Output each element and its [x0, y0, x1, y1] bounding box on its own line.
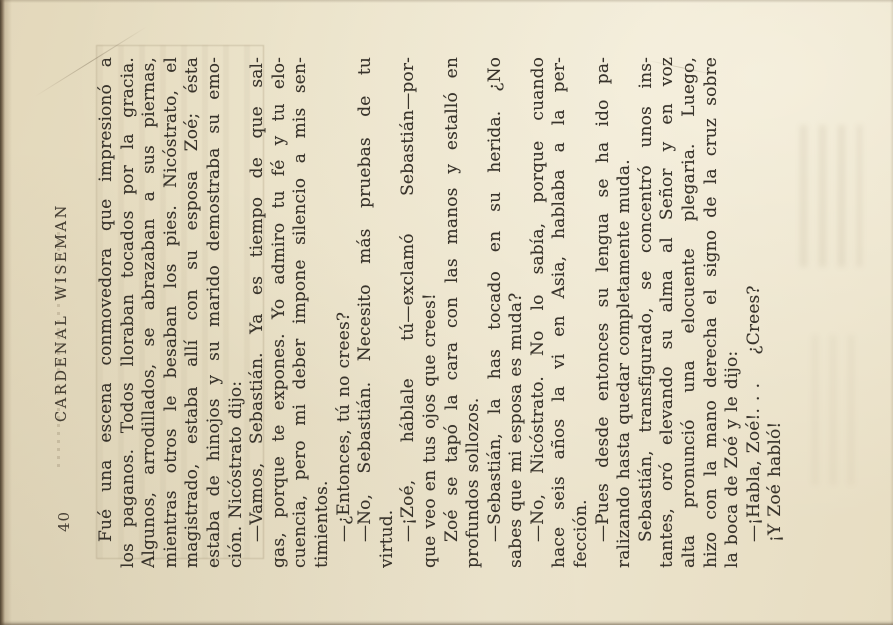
text-line: estaba de hinojos y su marido demostraba…: [204, 57, 226, 568]
text-line: ralizando hasta quedar completamente mud…: [614, 57, 636, 568]
page-edge-left: [0, 0, 12, 625]
text-line: —¡Zoé, háblale tú—exclamó Sebastián—por-: [398, 57, 420, 568]
text-line: mientras otros le besaban los pies. Nicó…: [161, 57, 183, 568]
text-line: profundos sollozos.: [463, 57, 485, 568]
show-through-smudge: [800, 125, 862, 267]
text-line: hace seis años la vi en Asia, hablaba a …: [549, 57, 571, 568]
page-number: 40: [55, 511, 73, 532]
text-line: alta pronunció una elocuente plegaria. L…: [679, 57, 701, 568]
text-line: —Vamos, Sebastián. Ya es tiempo de que s…: [247, 57, 269, 568]
text-line: los paganos. Todos lloraban tocados por …: [118, 57, 140, 568]
text-line: —¡Habla, Zoé!. . . ¿Crees?: [744, 57, 766, 568]
text-line: Algunos, arrodillados, se abrazaban a su…: [139, 57, 161, 568]
text-line: timientos.: [312, 57, 334, 568]
text-line: —Pues desde entonces su lengua se ha ido…: [593, 57, 615, 568]
text-line: ción. Nicóstrato dijo:: [226, 57, 248, 568]
page-content-rotated: 40 CARDENAL WISEMAN Fué una escena conmo…: [0, 0, 893, 625]
text-line: fección.: [571, 57, 593, 568]
page-edge-top: [0, 0, 893, 3]
page-edge-bottom: [0, 620, 893, 625]
text-line: sabes que mi esposa es muda?: [506, 57, 528, 568]
text-line: Sebastián, transfigurado, se concentró u…: [636, 57, 658, 568]
text-line: hizo con la mano derecha el signo de la …: [701, 57, 723, 568]
text-line: Zoé se tapó la cara con las manos y esta…: [442, 57, 464, 568]
text-line: tantes, oró elevando su alma al Señor y …: [657, 57, 679, 568]
text-line: magistrado, estaba allí con su esposa Zo…: [182, 57, 204, 568]
text-line: gas, porque te expones. Yo admiro tu fé …: [269, 57, 291, 568]
text-line: la boca de Zoé y le dijo:: [722, 57, 744, 568]
book-page-scan: 40 CARDENAL WISEMAN Fué una escena conmo…: [0, 0, 893, 625]
text-line: ¡Y Zoé habló!: [765, 57, 787, 568]
text-block: Fué una escena conmovedora que impresion…: [96, 57, 787, 568]
show-through-smudge: [812, 335, 860, 485]
text-line: —Sebastián, la has tocado en su herida. …: [485, 57, 507, 568]
text-line: —No, Sebastián. Necesito más pruebas de …: [355, 57, 377, 568]
text-line: cuencia, pero mi deber impone silencio a…: [290, 57, 312, 568]
text-line: —¿Entonces, tú no crees?: [334, 57, 356, 568]
deckle-edge-marks: [57, 232, 60, 472]
text-line: Fué una escena conmovedora que impresion…: [96, 57, 118, 568]
text-line: virtud.: [377, 57, 399, 568]
text-line: que veo en tus ojos que crees!: [420, 57, 442, 568]
text-line: —No, Nicóstrato. No lo sabía, porque cua…: [528, 57, 550, 568]
